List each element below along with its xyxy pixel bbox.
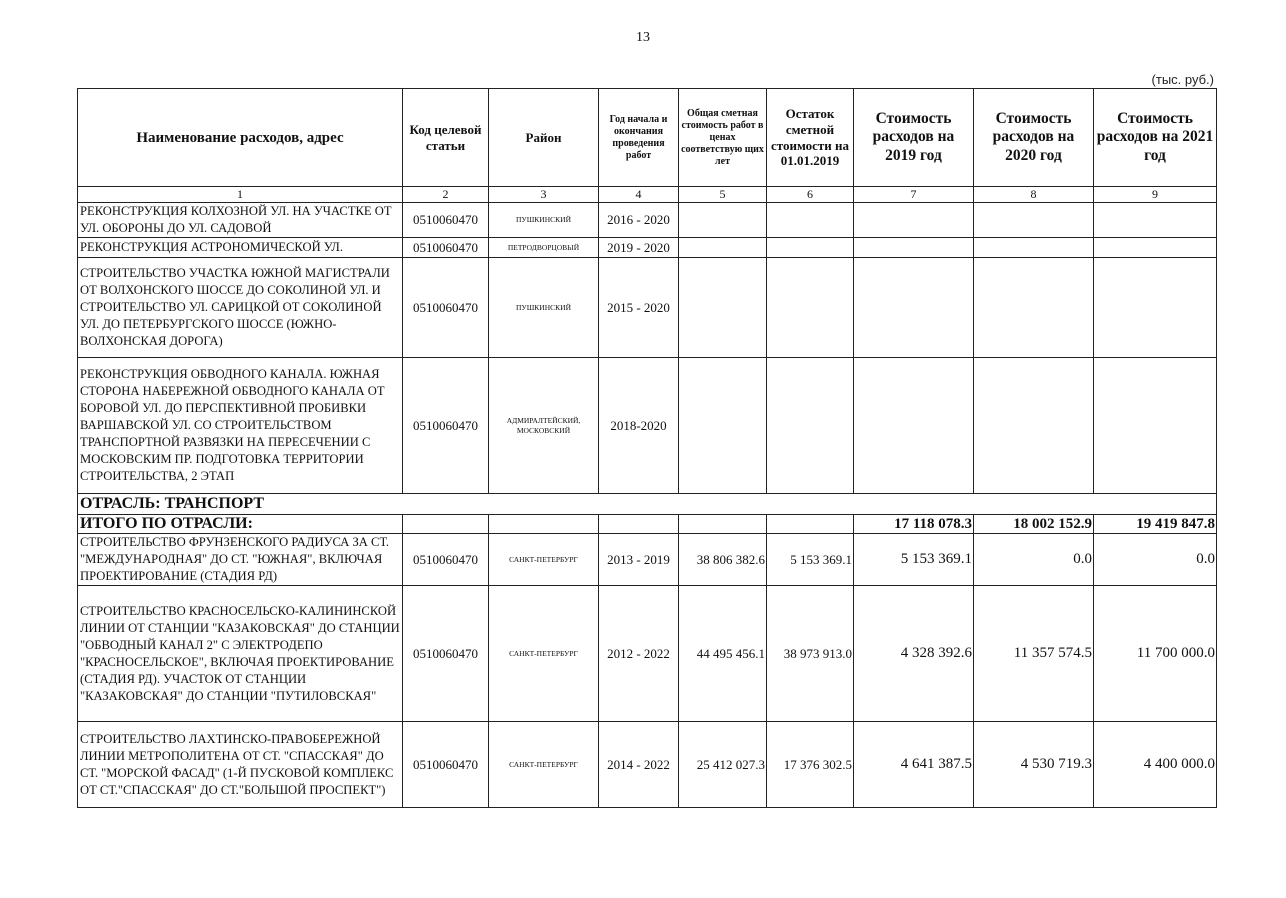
header-row: Наименование расходов, адрес Код целевой… (78, 89, 1217, 187)
row-total-cost: 38 806 382.6 (679, 534, 767, 586)
empty-cell (767, 515, 854, 534)
row-cost-2019: 4 641 387.5 (854, 722, 974, 808)
row-remaining (767, 238, 854, 258)
column-number: 4 (599, 187, 679, 203)
row-cost-2021 (1094, 258, 1217, 358)
row-cost-2020: 4 530 719.3 (974, 722, 1094, 808)
rows-before-section: РЕКОНСТРУКЦИЯ КОЛХОЗНОЙ УЛ. НА УЧАСТКЕ О… (78, 203, 1217, 494)
row-remaining: 38 973 913.0 (767, 586, 854, 722)
row-cost-2021: 11 700 000.0 (1094, 586, 1217, 722)
column-number: 1 (78, 187, 403, 203)
row-years: 2019 - 2020 (599, 238, 679, 258)
row-code: 0510060470 (403, 534, 489, 586)
total-cost-2021: 19 419 847.8 (1094, 515, 1217, 534)
header-district: Район (489, 89, 599, 187)
header-cost-2020: Стоимость расходов на 2020 год (974, 89, 1094, 187)
row-cost-2020 (974, 258, 1094, 358)
section-total-row: ИТОГО ПО ОТРАСЛИ: 17 118 078.3 18 002 15… (78, 515, 1217, 534)
rows-after-section: СТРОИТЕЛЬСТВО ФРУНЗЕНСКОГО РАДИУСА ЗА СТ… (78, 534, 1217, 808)
row-years: 2012 - 2022 (599, 586, 679, 722)
column-number: 7 (854, 187, 974, 203)
header-cost-2019: Стоимость расходов на 2019 год (854, 89, 974, 187)
row-remaining (767, 203, 854, 238)
row-total-cost (679, 358, 767, 494)
row-total-cost (679, 238, 767, 258)
row-cost-2019: 5 153 369.1 (854, 534, 974, 586)
row-cost-2021 (1094, 203, 1217, 238)
row-district: САНКТ-ПЕТЕРБУРГ (489, 722, 599, 808)
row-cost-2020 (974, 238, 1094, 258)
column-number: 8 (974, 187, 1094, 203)
row-remaining (767, 358, 854, 494)
units-note: (тыс. руб.) (1152, 72, 1214, 87)
row-cost-2020: 0.0 (974, 534, 1094, 586)
header-remaining: Остаток сметной стоимости на 01.01.2019 (767, 89, 854, 187)
row-remaining (767, 258, 854, 358)
row-cost-2019 (854, 358, 974, 494)
column-number: 9 (1094, 187, 1217, 203)
row-cost-2019: 4 328 392.6 (854, 586, 974, 722)
table-row: СТРОИТЕЛЬСТВО ФРУНЗЕНСКОГО РАДИУСА ЗА СТ… (78, 534, 1217, 586)
section-title: ОТРАСЛЬ: ТРАНСПОРТ (78, 494, 1217, 515)
row-district: ПУШКИНСКИЙ (489, 203, 599, 238)
total-cost-2019: 17 118 078.3 (854, 515, 974, 534)
row-code: 0510060470 (403, 586, 489, 722)
column-number: 5 (679, 187, 767, 203)
row-remaining: 5 153 369.1 (767, 534, 854, 586)
column-number-row: 1 2 3 4 5 6 7 8 9 (78, 187, 1217, 203)
header-code: Код целевой статьи (403, 89, 489, 187)
row-total-cost: 25 412 027.3 (679, 722, 767, 808)
row-remaining: 17 376 302.5 (767, 722, 854, 808)
row-total-cost (679, 203, 767, 238)
header-total-cost: Общая сметная стоимость работ в ценах со… (679, 89, 767, 187)
row-code: 0510060470 (403, 258, 489, 358)
row-district: САНКТ-ПЕТЕРБУРГ (489, 534, 599, 586)
row-name: РЕКОНСТРУКЦИЯ КОЛХОЗНОЙ УЛ. НА УЧАСТКЕ О… (78, 203, 403, 238)
column-number: 3 (489, 187, 599, 203)
row-district: АДМИРАЛТЕЙСКИЙ, МОСКОВСКИЙ (489, 358, 599, 494)
table-row: РЕКОНСТРУКЦИЯ ОБВОДНОГО КАНАЛА. ЮЖНАЯ СТ… (78, 358, 1217, 494)
header-name: Наименование расходов, адрес (78, 89, 403, 187)
row-code: 0510060470 (403, 203, 489, 238)
row-cost-2021: 4 400 000.0 (1094, 722, 1217, 808)
row-cost-2019 (854, 238, 974, 258)
row-district: ПУШКИНСКИЙ (489, 258, 599, 358)
table-row: СТРОИТЕЛЬСТВО КРАСНОСЕЛЬСКО-КАЛИНИНСКОЙ … (78, 586, 1217, 722)
row-name: СТРОИТЕЛЬСТВО ЛАХТИНСКО-ПРАВОБЕРЕЖНОЙ ЛИ… (78, 722, 403, 808)
empty-cell (679, 515, 767, 534)
row-code: 0510060470 (403, 238, 489, 258)
row-name: СТРОИТЕЛЬСТВО ФРУНЗЕНСКОГО РАДИУСА ЗА СТ… (78, 534, 403, 586)
header-cost-2021: Стоимость расходов на 2021 год (1094, 89, 1217, 187)
row-cost-2020: 11 357 574.5 (974, 586, 1094, 722)
row-district: ПЕТРОДВОРЦОВЫЙ (489, 238, 599, 258)
row-name: РЕКОНСТРУКЦИЯ АСТРОНОМИЧЕСКОЙ УЛ. (78, 238, 403, 258)
empty-cell (403, 515, 489, 534)
row-code: 0510060470 (403, 722, 489, 808)
total-label: ИТОГО ПО ОТРАСЛИ: (78, 515, 403, 534)
section-block: ОТРАСЛЬ: ТРАНСПОРТ ИТОГО ПО ОТРАСЛИ: 17 … (78, 494, 1217, 534)
column-number: 2 (403, 187, 489, 203)
header-years: Год начала и окончания проведения работ (599, 89, 679, 187)
table-row: СТРОИТЕЛЬСТВО ЛАХТИНСКО-ПРАВОБЕРЕЖНОЙ ЛИ… (78, 722, 1217, 808)
row-years: 2013 - 2019 (599, 534, 679, 586)
row-total-cost (679, 258, 767, 358)
empty-cell (599, 515, 679, 534)
row-years: 2015 - 2020 (599, 258, 679, 358)
row-cost-2021: 0.0 (1094, 534, 1217, 586)
row-total-cost: 44 495 456.1 (679, 586, 767, 722)
row-cost-2021 (1094, 238, 1217, 258)
column-number: 6 (767, 187, 854, 203)
row-cost-2020 (974, 358, 1094, 494)
row-years: 2014 - 2022 (599, 722, 679, 808)
row-code: 0510060470 (403, 358, 489, 494)
row-years: 2018-2020 (599, 358, 679, 494)
table-row: РЕКОНСТРУКЦИЯ КОЛХОЗНОЙ УЛ. НА УЧАСТКЕ О… (78, 203, 1217, 238)
row-cost-2020 (974, 203, 1094, 238)
row-cost-2021 (1094, 358, 1217, 494)
row-name: СТРОИТЕЛЬСТВО КРАСНОСЕЛЬСКО-КАЛИНИНСКОЙ … (78, 586, 403, 722)
row-district: САНКТ-ПЕТЕРБУРГ (489, 586, 599, 722)
expenses-table: Наименование расходов, адрес Код целевой… (77, 88, 1217, 808)
page-number: 13 (0, 30, 1286, 46)
row-years: 2016 - 2020 (599, 203, 679, 238)
total-cost-2020: 18 002 152.9 (974, 515, 1094, 534)
table-row: СТРОИТЕЛЬСТВО УЧАСТКА ЮЖНОЙ МАГИСТРАЛИ О… (78, 258, 1217, 358)
table-row: РЕКОНСТРУКЦИЯ АСТРОНОМИЧЕСКОЙ УЛ.0510060… (78, 238, 1217, 258)
row-name: СТРОИТЕЛЬСТВО УЧАСТКА ЮЖНОЙ МАГИСТРАЛИ О… (78, 258, 403, 358)
row-cost-2019 (854, 258, 974, 358)
row-cost-2019 (854, 203, 974, 238)
empty-cell (489, 515, 599, 534)
section-row: ОТРАСЛЬ: ТРАНСПОРТ (78, 494, 1217, 515)
row-name: РЕКОНСТРУКЦИЯ ОБВОДНОГО КАНАЛА. ЮЖНАЯ СТ… (78, 358, 403, 494)
